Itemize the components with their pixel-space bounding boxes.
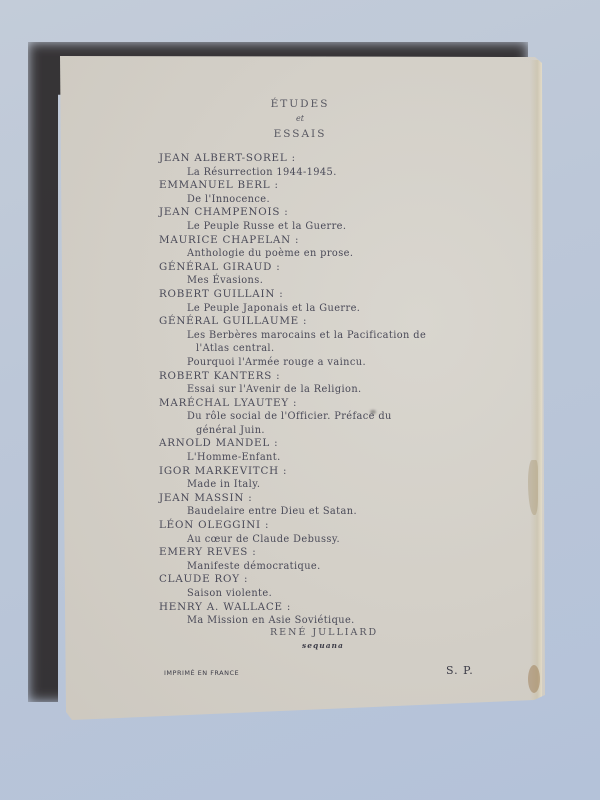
book-title: Mes Évasions. xyxy=(159,274,459,288)
cover-text: ÉTUDES et ESSAIS JEAN ALBERT-SOREL : La … xyxy=(0,0,600,800)
book-list: JEAN ALBERT-SOREL : La Résurrection 1944… xyxy=(159,152,459,628)
series-title-line2: ESSAIS xyxy=(250,128,350,140)
book-title: L'Homme-Enfant. xyxy=(159,451,459,465)
author-name: ROBERT KANTERS : xyxy=(159,370,459,384)
list-item: ROBERT KANTERS : Essai sur l'Avenir de l… xyxy=(159,370,459,397)
list-item: JEAN ALBERT-SOREL : La Résurrection 1944… xyxy=(159,152,459,179)
list-item: MARÉCHAL LYAUTEY : Du rôle social de l'O… xyxy=(159,397,459,438)
list-item: CLAUDE ROY : Saison violente. xyxy=(159,573,459,600)
book-title: Pourquoi l'Armée rouge a vaincu. xyxy=(159,356,459,370)
book-title: Le Peuple Russe et la Guerre. xyxy=(159,220,459,234)
book-title: Baudelaire entre Dieu et Satan. xyxy=(159,505,459,519)
book-title: Du rôle social de l'Officier. Préface du xyxy=(159,410,459,424)
book-title: Ma Mission en Asie Soviétique. xyxy=(159,614,459,628)
book-title: Essai sur l'Avenir de la Religion. xyxy=(159,383,459,397)
author-name: HENRY A. WALLACE : xyxy=(159,601,459,615)
book-title-continuation: général Juin. xyxy=(159,424,459,438)
book-title: Anthologie du poème en prose. xyxy=(159,247,459,261)
list-item: HENRY A. WALLACE : Ma Mission en Asie So… xyxy=(159,601,459,628)
publisher-imprint: sequana xyxy=(302,641,344,650)
author-name: JEAN ALBERT-SOREL : xyxy=(159,152,459,166)
author-name: CLAUDE ROY : xyxy=(159,573,459,587)
author-name: JEAN CHAMPENOIS : xyxy=(159,206,459,220)
list-item: ROBERT GUILLAIN : Le Peuple Japonais et … xyxy=(159,288,459,315)
list-item: GÉNÉRAL GIRAUD : Mes Évasions. xyxy=(159,261,459,288)
series-title-line1: ÉTUDES xyxy=(250,98,350,110)
author-name: MARÉCHAL LYAUTEY : xyxy=(159,397,459,411)
publisher-name: RENÉ JULLIARD xyxy=(270,627,378,638)
list-item: EMMANUEL BERL : De l'Innocence. xyxy=(159,179,459,206)
author-name: GÉNÉRAL GUILLAUME : xyxy=(159,315,459,329)
service-presse-mark: S. P. xyxy=(446,664,474,677)
author-name: ARNOLD MANDEL : xyxy=(159,437,459,451)
author-name: EMERY REVES : xyxy=(159,546,459,560)
author-name: EMMANUEL BERL : xyxy=(159,179,459,193)
list-item: ARNOLD MANDEL : L'Homme-Enfant. xyxy=(159,437,459,464)
list-item: MAURICE CHAPELAN : Anthologie du poème e… xyxy=(159,234,459,261)
printed-in-label: IMPRIMÉ EN FRANCE xyxy=(164,669,239,677)
list-item: EMERY REVES : Manifeste démocratique. xyxy=(159,546,459,573)
list-item: JEAN MASSIN : Baudelaire entre Dieu et S… xyxy=(159,492,459,519)
book-title: Les Berbères marocains et la Pacificatio… xyxy=(159,329,459,343)
series-title-conjunction: et xyxy=(250,114,350,123)
author-name: IGOR MARKEVITCH : xyxy=(159,465,459,479)
author-name: ROBERT GUILLAIN : xyxy=(159,288,459,302)
book-title-continuation: l'Atlas central. xyxy=(159,342,459,356)
author-name: MAURICE CHAPELAN : xyxy=(159,234,459,248)
book-title: Made in Italy. xyxy=(159,478,459,492)
book-title: Saison violente. xyxy=(159,587,459,601)
book-title: La Résurrection 1944-1945. xyxy=(159,166,459,180)
book-title: De l'Innocence. xyxy=(159,193,459,207)
book-title: Au cœur de Claude Debussy. xyxy=(159,533,459,547)
author-name: JEAN MASSIN : xyxy=(159,492,459,506)
list-item: JEAN CHAMPENOIS : Le Peuple Russe et la … xyxy=(159,206,459,233)
author-name: GÉNÉRAL GIRAUD : xyxy=(159,261,459,275)
book-title: Le Peuple Japonais et la Guerre. xyxy=(159,302,459,316)
book-title: Manifeste démocratique. xyxy=(159,560,459,574)
list-item: IGOR MARKEVITCH : Made in Italy. xyxy=(159,465,459,492)
list-item: GÉNÉRAL GUILLAUME : Les Berbères marocai… xyxy=(159,315,459,369)
list-item: LÉON OLEGGINI : Au cœur de Claude Debuss… xyxy=(159,519,459,546)
author-name: LÉON OLEGGINI : xyxy=(159,519,459,533)
